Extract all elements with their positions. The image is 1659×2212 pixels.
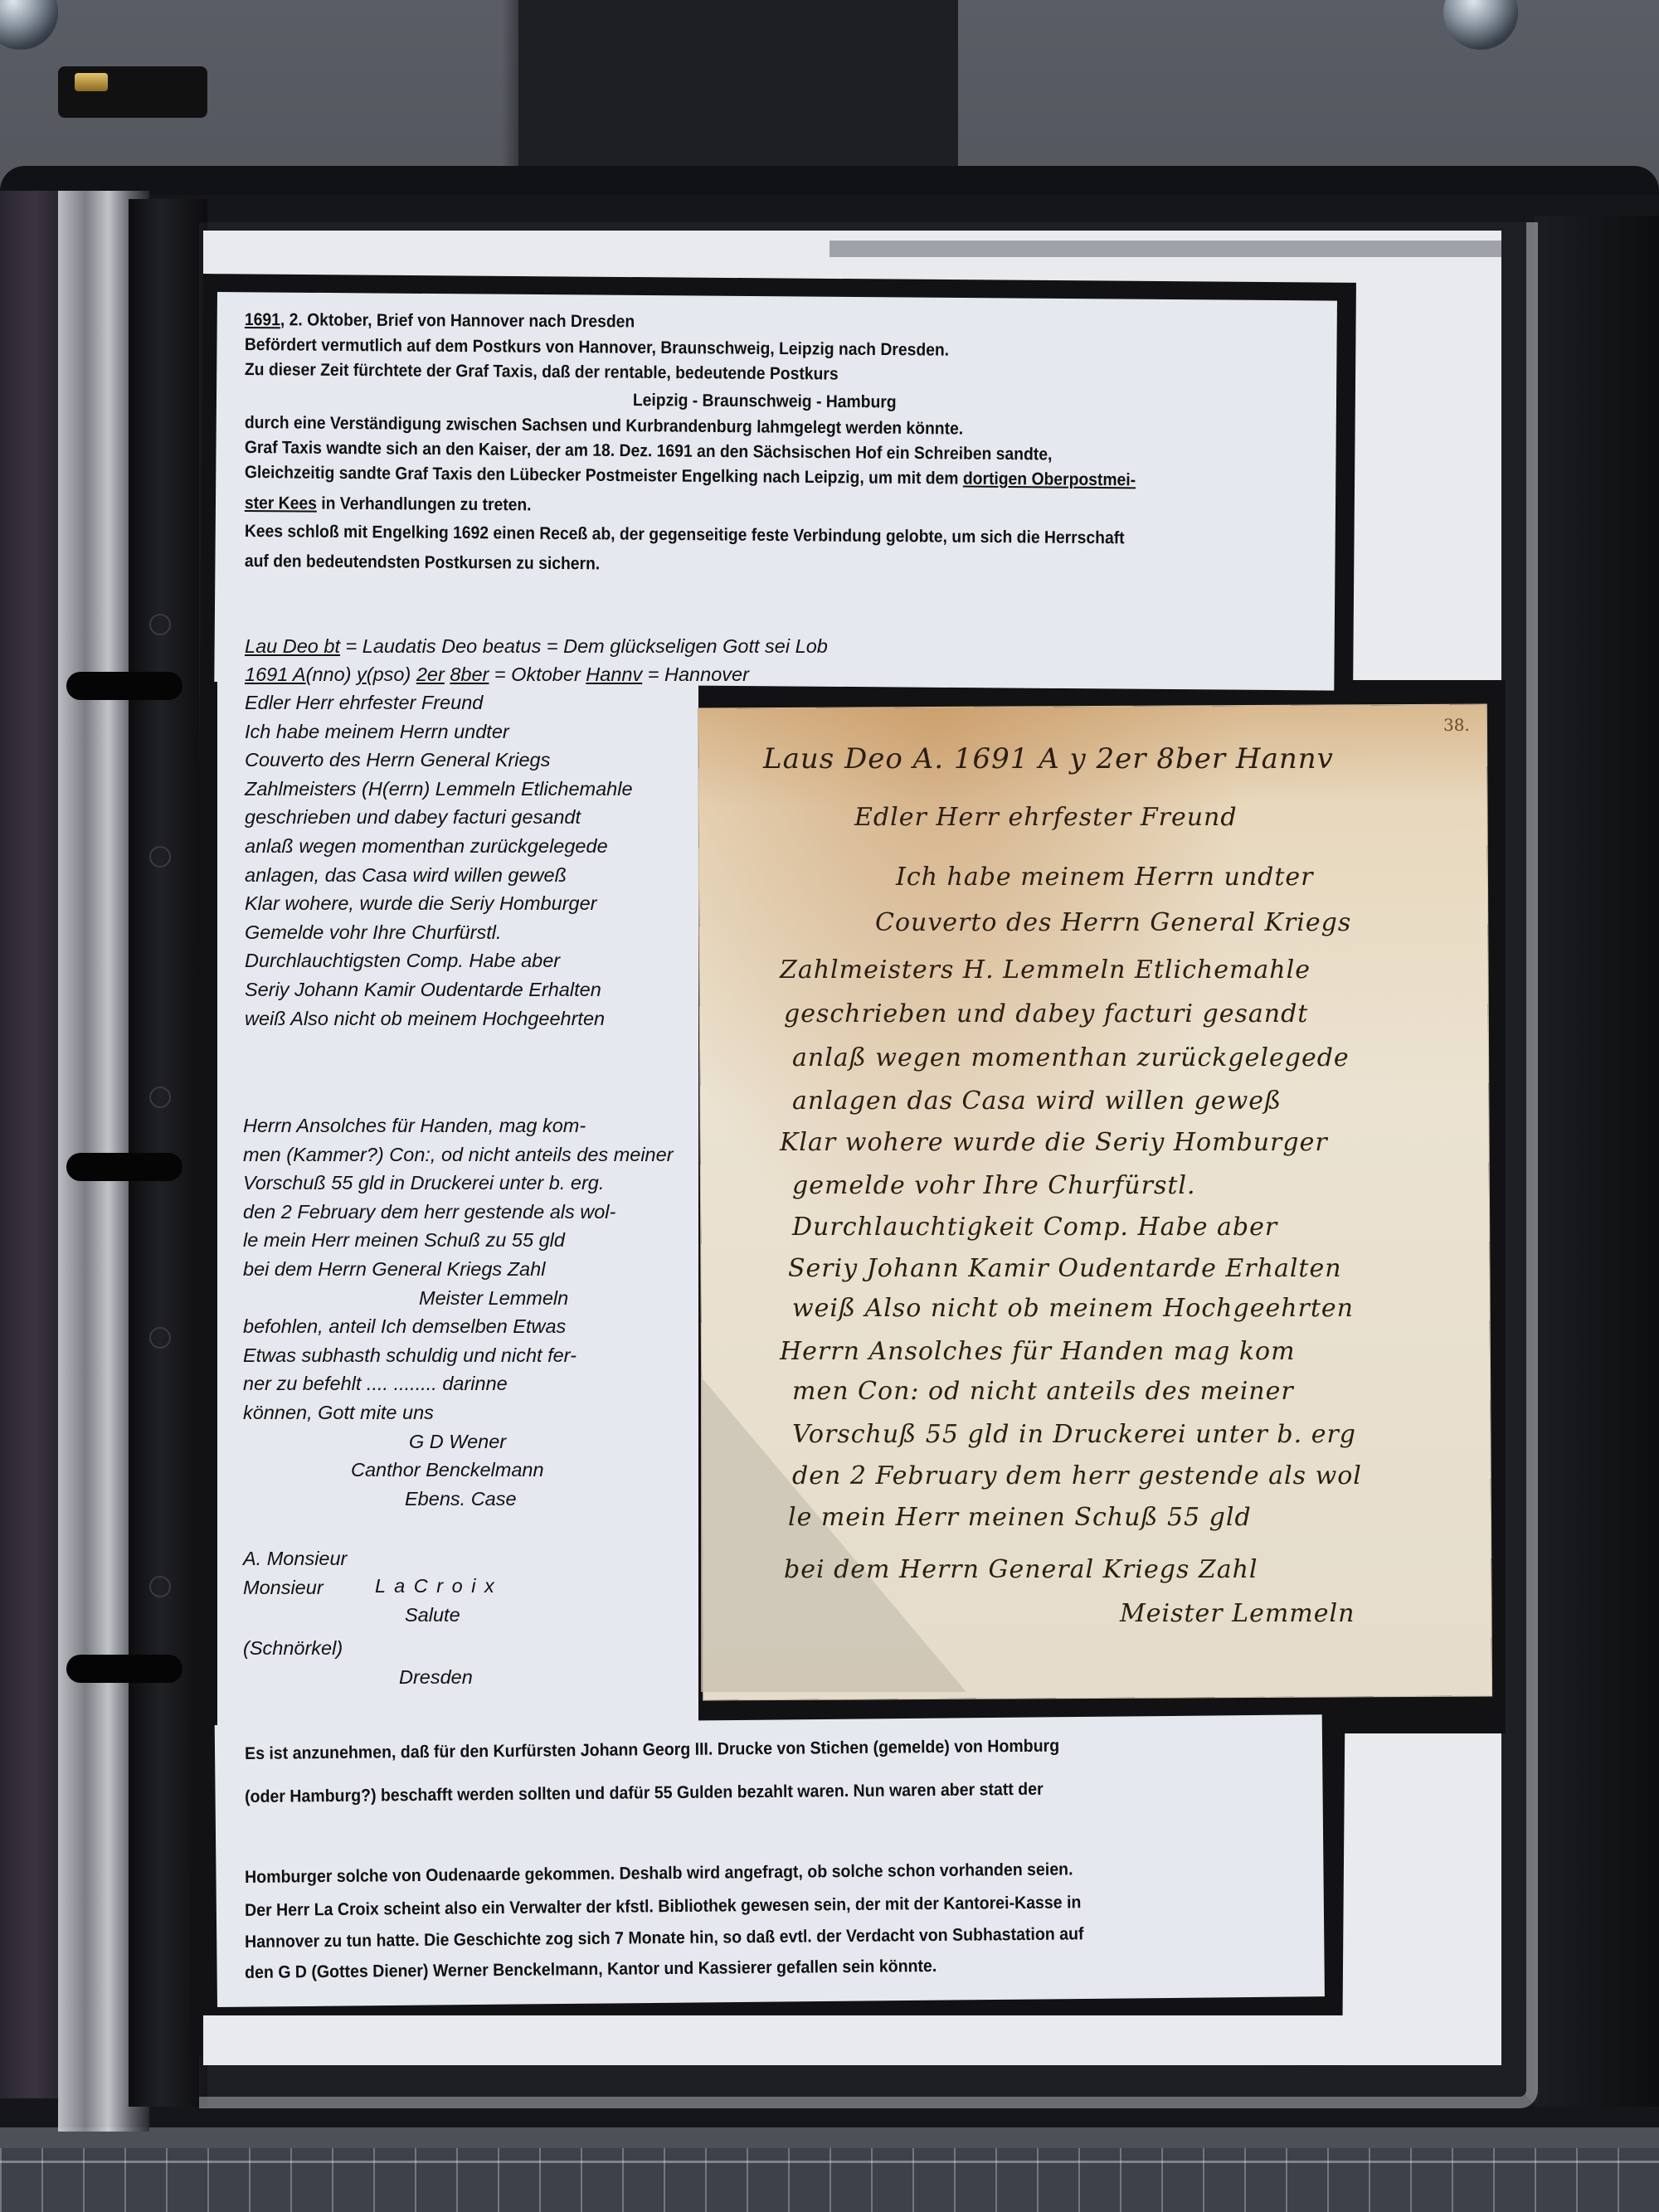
transcription-line: befohlen, anteil Ich demselben Etwas — [243, 1312, 674, 1341]
handwritten-line: Vorschuß 55 gld in Druckerei unter b. er… — [792, 1420, 1356, 1449]
address-line-4: (Schnörkel) — [243, 1634, 343, 1663]
handwritten-line: anlaß wegen momenthan zurückgelegede — [792, 1043, 1350, 1072]
handwritten-line: Herrn Ansolches für Handen mag kom — [780, 1337, 1296, 1366]
sheet-bottom-margin — [203, 2015, 1501, 2065]
transcription-line: Etwas subhasth schuldig und nicht fer- — [243, 1341, 674, 1370]
address-line-3: Salute — [405, 1601, 460, 1630]
transcription-line: Gemelde vohr Ihre Churfürstl. — [245, 918, 633, 947]
handwritten-line: anlagen das Casa wird willen geweß — [792, 1087, 1282, 1116]
address-name: L a C r o i x — [375, 1572, 496, 1601]
handwritten-line: weiß Also nicht ob meinem Hochgeehrten — [792, 1294, 1354, 1323]
left-page-stack — [0, 191, 58, 2098]
cutting-mat — [0, 2148, 1659, 2212]
handwritten-line: gemelde vohr Ihre Churfürstl. — [792, 1171, 1196, 1200]
handwritten-line: men Con: od nicht anteils des meiner — [792, 1377, 1294, 1406]
punch-mark-icon — [149, 1327, 171, 1349]
folio-number: 38. — [1443, 715, 1470, 735]
intro-line-1: 1691, 2. Oktober, Brief von Hannover nac… — [245, 309, 635, 333]
handwritten-line: Ich habe meinem Herrn undter — [896, 863, 1314, 892]
transcription-line: Zahlmeisters (H(errn) Lemmeln Etlichemah… — [245, 775, 633, 804]
address-line-2: Monsieur — [243, 1573, 324, 1602]
transcription-line: weiß Also nicht ob meinem Hochgeehrten — [245, 1004, 633, 1033]
transcription-line: anlagen, das Casa wird willen geweß — [245, 861, 633, 890]
handwritten-line: Seriy Johann Kamir Oudentarde Erhalten — [788, 1254, 1342, 1283]
cutting-mat-line — [0, 2161, 1659, 2163]
transcription-block-a: Edler Herr ehrfester Freund Ich habe mei… — [245, 688, 633, 1033]
ring-hole-icon — [66, 1655, 182, 1683]
transcription-line: bei dem Herrn General Kriegs Zahl — [243, 1255, 674, 1284]
transcription-line: Couverto des Herrn General Kriegs — [245, 746, 633, 775]
spine-shadow — [502, 0, 518, 191]
binder-cover-right — [1535, 216, 1659, 2107]
punch-mark-icon — [149, 846, 171, 868]
transcription-header-2: 1691 A(nno) y(pso) 2er 8ber = Oktober Ha… — [245, 660, 749, 689]
transcription-block-b: Herrn Ansolches für Handen, mag kom- men… — [243, 1111, 674, 1513]
handwritten-line: den 2 February dem herr gestende als wol — [792, 1461, 1362, 1490]
binder-spine — [518, 0, 958, 192]
transcription-line: geschrieben und dabey facturi gesandt — [245, 803, 633, 832]
address-line-5: Dresden — [399, 1663, 473, 1692]
intro-route: Leipzig - Braunschweig - Hamburg — [633, 390, 897, 413]
transcription-line: anlaß wegen momenthan zurückgelegede — [245, 832, 633, 861]
sheet-top-strip — [829, 241, 1501, 257]
transcription-line: ner zu befehlt .... ........ darinne — [243, 1369, 674, 1398]
transcription-line: Seriy Johann Kamir Oudentarde Erhalten — [245, 975, 633, 1004]
punch-mark-icon — [149, 614, 171, 635]
handwritten-line: Laus Deo A. 1691 A y 2er 8ber Hannv — [763, 742, 1334, 775]
handwritten-line: geschrieben und dabey facturi gesandt — [784, 999, 1308, 1028]
zipper-pull-icon[interactable] — [75, 73, 108, 91]
transcription-line: Herrn Ansolches für Handen, mag kom- — [243, 1111, 674, 1140]
ring-hole-icon — [66, 672, 182, 700]
transcription-line: den 2 February dem herr gestende als wol… — [243, 1198, 674, 1227]
transcription-header-1: Lau Deo bt = Laudatis Deo beatus = Dem g… — [245, 632, 828, 661]
transcription-line: le mein Herr meinen Schuß zu 55 gld — [243, 1226, 674, 1255]
punch-mark-icon — [149, 1576, 171, 1597]
handwritten-line: Edler Herr ehrfester Freund — [854, 803, 1238, 832]
handwritten-line: Durchlauchtigkeit Comp. Habe aber — [792, 1213, 1277, 1242]
transcription-line: Durchlauchtigsten Comp. Habe aber — [245, 946, 633, 975]
ring-hole-icon — [66, 1153, 182, 1181]
transcription-line: Ich habe meinem Herrn undter — [245, 717, 633, 746]
year-link: 1691 — [245, 310, 280, 329]
transcription-line: Vorschuß 55 gld in Druckerei unter b. er… — [243, 1169, 674, 1198]
handwritten-line: Klar wohere wurde die Seriy Homburger — [780, 1128, 1328, 1157]
handwritten-line: le mein Herr meinen Schuß 55 gld — [788, 1503, 1252, 1532]
address-line-1: A. Monsieur — [243, 1544, 347, 1573]
handwritten-signature: Meister Lemmeln — [1120, 1599, 1355, 1628]
handwritten-line: bei dem Herrn General Kriegs Zahl — [784, 1555, 1258, 1584]
transcription-line: können, Gott mite uns — [243, 1398, 674, 1427]
transcription-line: Klar wohere, wurde die Seriy Homburger — [245, 889, 633, 918]
punch-mark-icon — [149, 1087, 171, 1108]
transcription-line: Edler Herr ehrfester Freund — [245, 688, 633, 717]
handwritten-line: Zahlmeisters H. Lemmeln Etlichemahle — [780, 955, 1311, 984]
intro-line-10: auf den bedeutendsten Postkursen zu sich… — [245, 551, 601, 575]
transcription-line: men (Kammer?) Con:, od nicht anteils des… — [243, 1140, 674, 1169]
handwritten-line: Couverto des Herrn General Kriegs — [875, 908, 1351, 937]
intro-line-8: ster Kees in Verhandlungen zu treten. — [245, 493, 532, 516]
